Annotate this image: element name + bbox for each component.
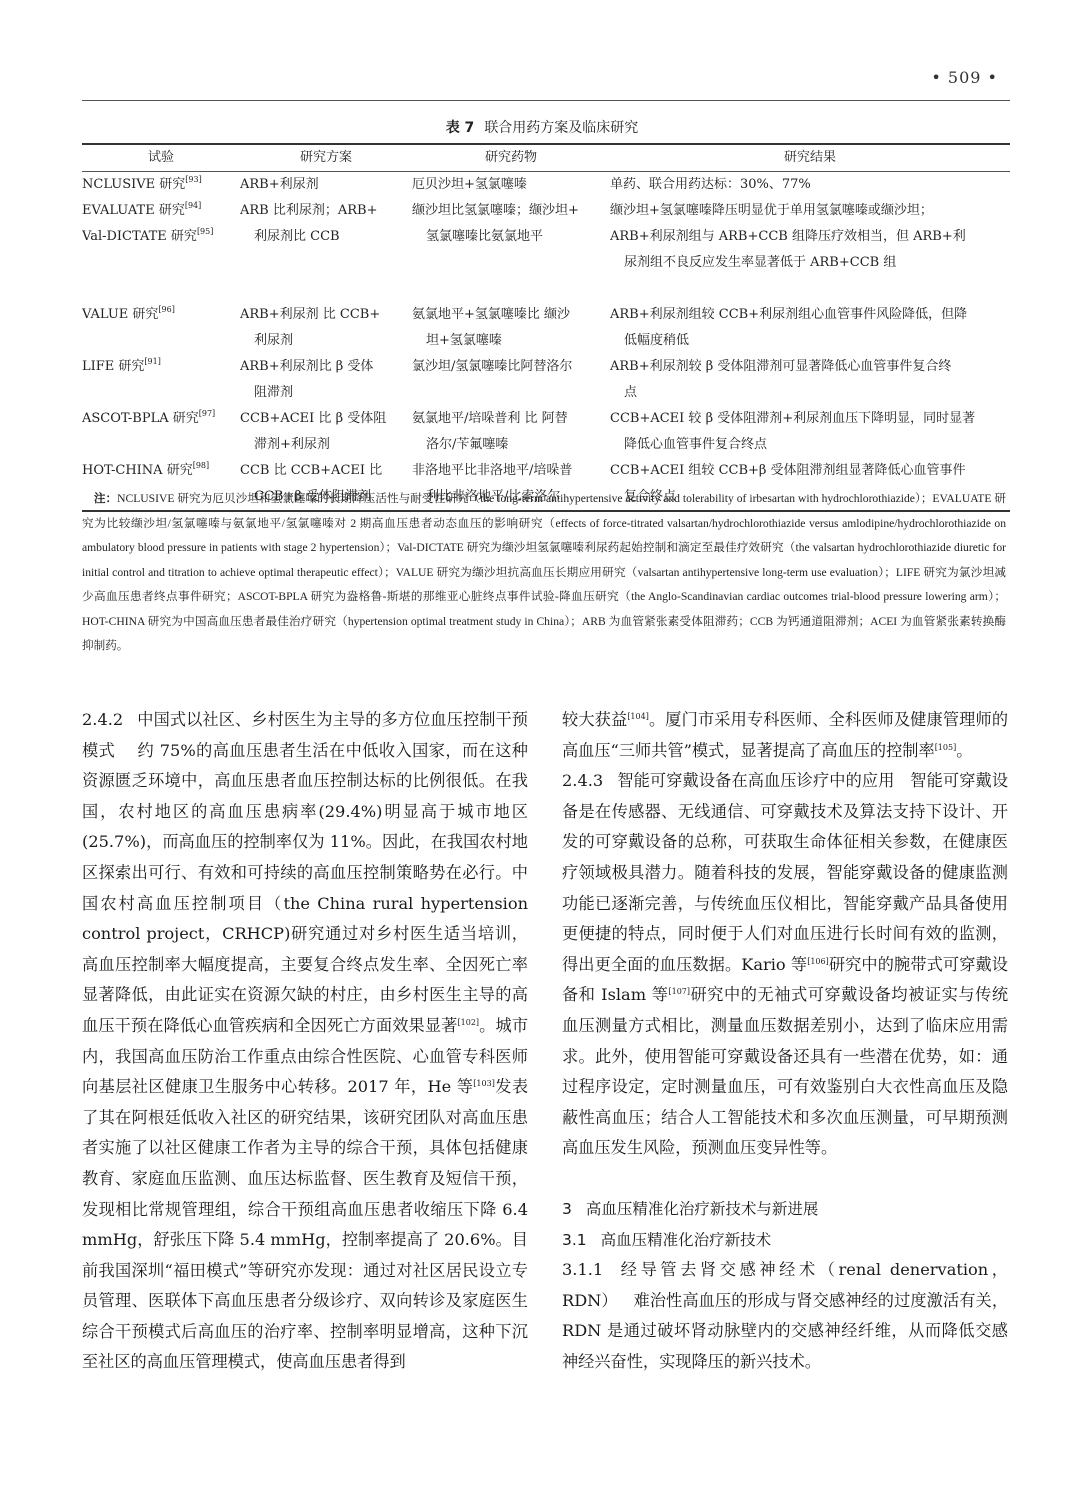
left-column: 2.4.2中国式以社区、乡村医生为主导的多方位血压控制干预模式 约 75%的高血… (82, 705, 528, 1378)
section-number: 3.1.1 (562, 1260, 603, 1279)
section-number: 2.4.3 (562, 771, 603, 790)
cell-scheme: ARB 比利尿剂；ARB+利尿剂比 CCB (240, 198, 412, 276)
section-3-1-heading: 3.1高血压精准化治疗新技术 (562, 1225, 1008, 1256)
table-note: 注：NCLUSIVE 研究为厄贝沙坦和氢氯噻嗪的长期降压活性与耐受性研究（the… (82, 486, 1006, 659)
cell-results: ARB+利尿剂组较 CCB+利尿剂组心血管事件风险降低，但降低幅度稍低 (610, 302, 1010, 354)
section-number: 2.4.2 (82, 710, 123, 729)
cell-results: 缬沙坦+氢氯噻嗪降压明显优于单用氢氯噻嗪或缬沙坦；ARB+利尿剂组与 ARB+C… (610, 198, 1010, 276)
citation: [102] (458, 1018, 480, 1027)
citation: [95] (197, 227, 213, 236)
section-2-4-2: 2.4.2中国式以社区、乡村医生为主导的多方位血压控制干预模式 约 75%的高血… (82, 705, 528, 1378)
header-results: 研究结果 (610, 144, 1010, 172)
cell-results: CCB+ACEI 较 β 受体阻滞剂+利尿剂血压下降明显，同时显著降低心血管事件… (610, 406, 1010, 458)
table-row: LIFE 研究[91] ARB+利尿剂比 β 受体阻滞剂 氯沙坦/氢氯噻嗪比阿替… (82, 354, 1010, 406)
body-text: 难治性高血压的形成与肾交感神经的过度激活有关，RDN 是通过破坏肾动脉壁内的交感… (562, 1291, 1008, 1371)
cell-scheme: ARB+利尿剂 比 CCB+利尿剂 (240, 302, 412, 354)
header-trial: 试验 (82, 144, 240, 172)
citation: [98] (193, 461, 209, 470)
table-caption-label: 表 7 (446, 120, 475, 136)
cell-trial: ASCOT-BPLA 研究[97] (82, 406, 240, 458)
citation: [103] (473, 1079, 495, 1088)
body-text: 智能可穿戴设备是在传感器、无线通信、可穿戴技术及算法支持下设计、开发的可穿戴设备… (562, 771, 1008, 974)
section-3-heading: 3高血压精准化治疗新技术与新进展 (562, 1194, 1008, 1225)
cell-trial: NCLUSIVE 研究[93] (82, 172, 240, 199)
cell-scheme: ARB+利尿剂比 β 受体阻滞剂 (240, 354, 412, 406)
table-note-label: 注： (94, 491, 117, 505)
continued-paragraph: 较大获益[104]。厦门市采用专科医师、全科医师及健康管理师的高血压“三师共管”… (562, 705, 1008, 766)
citation: [107] (668, 987, 690, 996)
right-column: 较大获益[104]。厦门市采用专科医师、全科医师及健康管理师的高血压“三师共管”… (562, 705, 1008, 1377)
section-2-4-3: 2.4.3智能可穿戴设备在高血压诊疗中的应用 智能可穿戴设备是在传感器、无线通信… (562, 766, 1008, 1164)
cell-drugs: 氨氯地平/培哚普利 比 阿替洛尔/苄氟噻嗪 (412, 406, 610, 458)
cell-results: 单药、联合用药达标：30%、77% (610, 172, 1010, 199)
header-scheme: 研究方案 (240, 144, 412, 172)
citation: [104] (627, 712, 649, 721)
body-text: 发表了其在阿根廷低收入社区的研究结果，该研究团队对高血压患者实施了以社区健康工作… (82, 1077, 528, 1371)
citation: [106] (807, 957, 829, 966)
table-row: VALUE 研究[96] ARB+利尿剂 比 CCB+利尿剂 氨氯地平+氢氯噻嗪… (82, 302, 1010, 354)
table-note-text: NCLUSIVE 研究为厄贝沙坦和氢氯噻嗪的长期降压活性与耐受性研究（the l… (82, 492, 1006, 652)
body-text: 研究中的无袖式可穿戴设备均被证实与传统血压测量方式相比，测量血压数据差别小，达到… (562, 985, 1008, 1157)
citation: [91] (144, 357, 160, 366)
cell-drugs: 氨氯地平+氢氯噻嗪比 缬沙坦+氢氯噻嗪 (412, 302, 610, 354)
table-caption-title: 联合用药方案及临床研究 (484, 120, 638, 136)
cell-scheme: ARB+利尿剂 (240, 172, 412, 199)
cell-drugs: 氯沙坦/氢氯噻嗪比阿替洛尔 (412, 354, 610, 406)
table-row: ASCOT-BPLA 研究[97] CCB+ACEI 比 β 受体阻滞剂+利尿剂… (82, 406, 1010, 458)
citation: [97] (199, 409, 215, 418)
cell-results: ARB+利尿剂较 β 受体阻滞剂可显著降低心血管事件复合终点 (610, 354, 1010, 406)
section-title: 智能可穿戴设备在高血压诊疗中的应用 (617, 771, 894, 790)
table-caption: 表 7联合用药方案及临床研究 (0, 117, 1084, 137)
cell-trial: VALUE 研究[96] (82, 302, 240, 354)
cell-drugs: 厄贝沙坦+氢氯噻嗪 (412, 172, 610, 199)
citation: [94] (185, 201, 201, 210)
cell-trial: EVALUATE 研究[94] Val-DICTATE 研究[95] (82, 198, 240, 276)
table-row: NCLUSIVE 研究[93] ARB+利尿剂 厄贝沙坦+氢氯噻嗪 单药、联合用… (82, 172, 1010, 199)
citation: [93] (185, 175, 201, 184)
cell-scheme: CCB+ACEI 比 β 受体阻滞剂+利尿剂 (240, 406, 412, 458)
cell-drugs: 缬沙坦比氢氯噻嗪；缬沙坦+氢氯噻嗪比氨氯地平 (412, 198, 610, 276)
header-drugs: 研究药物 (412, 144, 610, 172)
header-rule (82, 100, 1010, 101)
citation: [105] (935, 743, 957, 752)
table-header-row: 试验 研究方案 研究药物 研究结果 (82, 144, 1010, 172)
section-3-1-1: 3.1.1经导管去肾交感神经术（renal denervation，RDN） 难… (562, 1255, 1008, 1377)
body-text: 约 75%的高血压患者生活在中低收入国家，而在这种资源匮乏环境中，高血压患者血压… (82, 741, 528, 1035)
cell-trial: LIFE 研究[91] (82, 354, 240, 406)
combination-therapy-table: 试验 研究方案 研究药物 研究结果 NCLUSIVE 研究[93] ARB+利尿… (82, 143, 1010, 512)
page-number: • 509 • (931, 68, 998, 87)
citation: [96] (158, 305, 174, 314)
table-row: EVALUATE 研究[94] Val-DICTATE 研究[95] ARB 比… (82, 198, 1010, 276)
